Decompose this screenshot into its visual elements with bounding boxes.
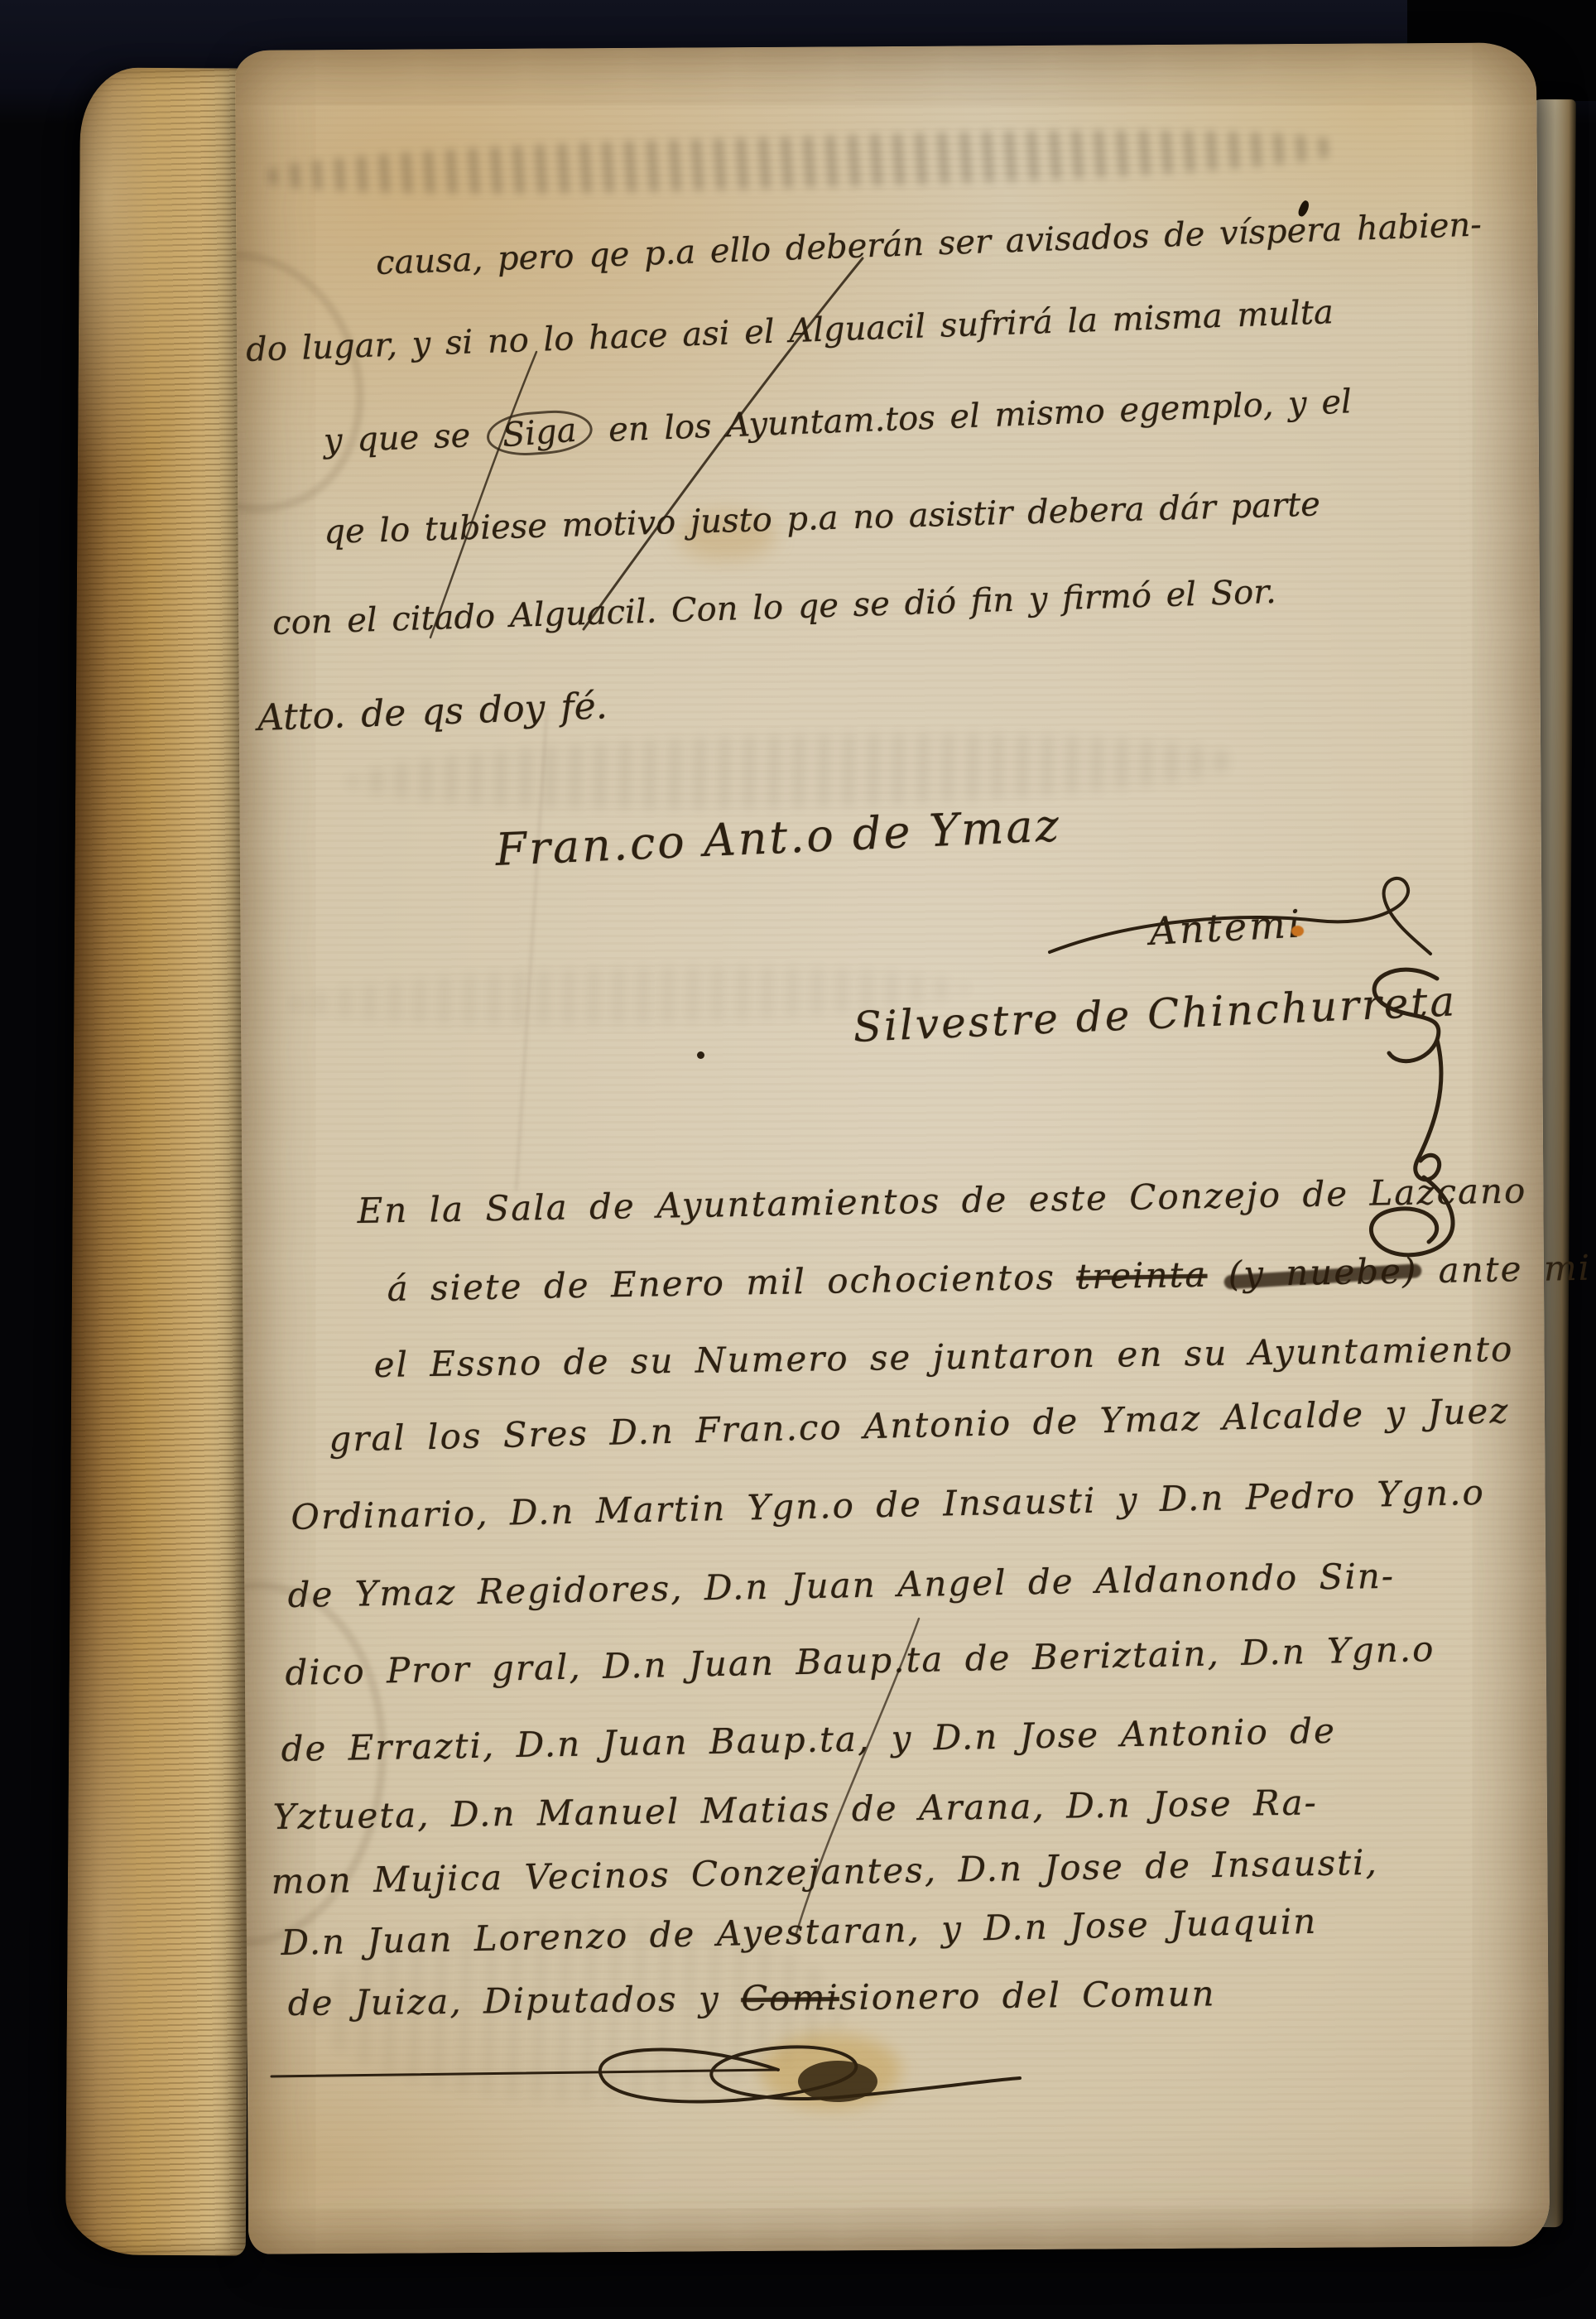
ink-stain — [1291, 926, 1304, 936]
pen-descender-strokes — [0, 0, 1596, 2319]
ink-speck — [697, 1051, 704, 1059]
handwriting-layer: causa, pero qe p.a ello deberán ser avis… — [0, 0, 1596, 2319]
photo-backdrop: causa, pero qe p.a ello deberán ser avis… — [0, 0, 1596, 2319]
